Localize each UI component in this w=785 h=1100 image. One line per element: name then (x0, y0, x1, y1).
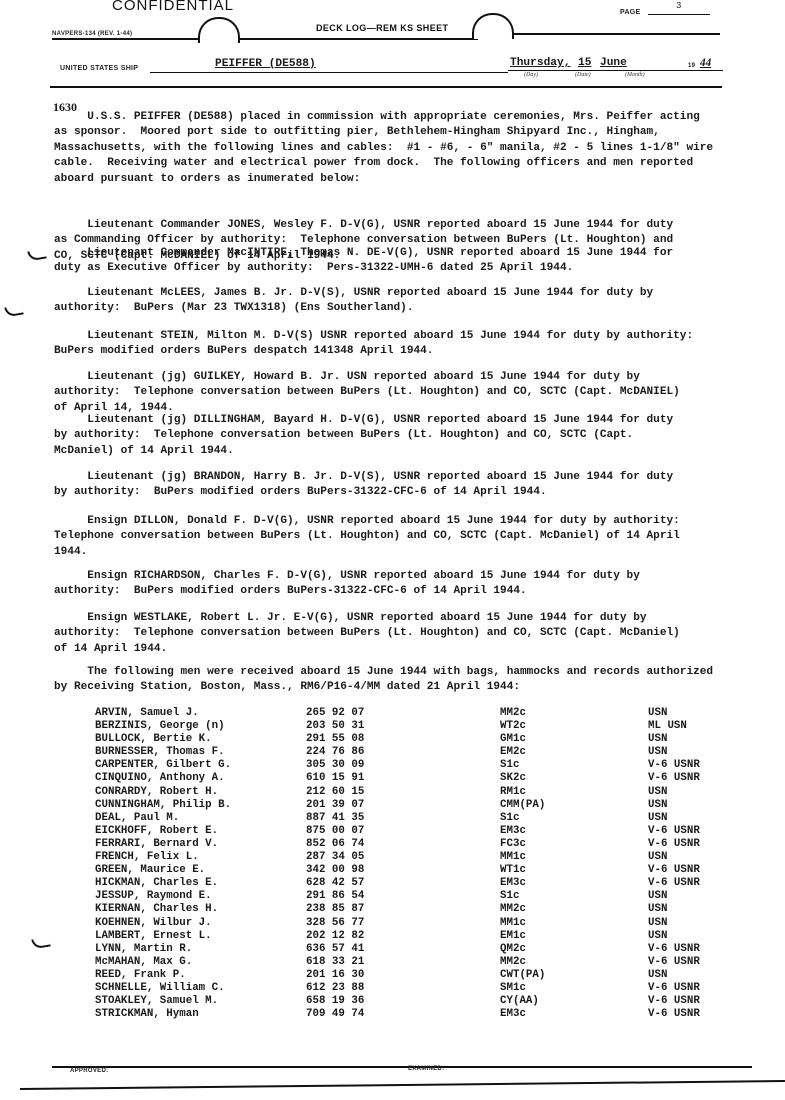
crew-name: DEAL, Paul M. (95, 812, 179, 825)
crew-name: STRICKMAN, Hyman (95, 1008, 199, 1021)
sheet-title: DECK LOG—REM KS SHEET (316, 23, 448, 33)
service-class: V-6 USNR (648, 956, 700, 969)
log-line: by authority: Telephone conversation bet… (54, 428, 754, 443)
log-line: Lieutenant Commander JONES, Wesley F. D-… (54, 218, 754, 233)
rating: MM2c (500, 903, 526, 916)
approved-label: APPROVED: (70, 1068, 108, 1074)
service-number: 328 56 77 (306, 917, 364, 930)
service-number: 342 00 98 (306, 864, 364, 877)
crew-name: CONRARDY, Robert H. (95, 786, 218, 799)
log-line: Lieutenant (jg) GUILKEY, Howard B. Jr. U… (54, 370, 754, 385)
crew-name: BERZINIS, George (n) (95, 720, 225, 733)
day-caption: (Day) (524, 72, 538, 78)
rating: EM3c (500, 825, 526, 838)
day-value: Thursday, (510, 57, 570, 69)
service-class: V-6 USNR (648, 877, 700, 890)
log-line: Lieutenant (jg) BRANDON, Harry B. Jr. D-… (54, 470, 754, 485)
crew-name: SCHNELLE, William C. (95, 982, 225, 995)
service-number: 618 33 21 (306, 956, 364, 969)
month-caption: (Month) (625, 72, 645, 78)
page-number-line (648, 14, 710, 15)
service-class: USN (648, 930, 667, 943)
rating: EM3c (500, 1008, 526, 1021)
log-line: by authority: BuPers modified orders BuP… (54, 485, 754, 500)
crew-name: GREEN, Maurice E. (95, 864, 205, 877)
log-line: authority: Telephone conversation betwee… (54, 385, 754, 400)
rating: MM2c (500, 956, 526, 969)
service-number: 287 34 05 (306, 851, 364, 864)
service-class: V-6 USNR (648, 995, 700, 1008)
service-class: V-6 USNR (648, 982, 700, 995)
log-line: The following men were received aboard 1… (54, 665, 754, 680)
log-line: Ensign RICHARDSON, Charles F. D-V(G), US… (54, 569, 754, 584)
log-line: cable. Receiving water and electrical po… (54, 156, 754, 171)
rating: CMM(PA) (500, 799, 545, 812)
log-paragraph: Lieutenant (jg) GUILKEY, Howard B. Jr. U… (54, 370, 754, 416)
date-line (508, 70, 723, 71)
service-number: 636 57 41 (306, 943, 364, 956)
footer-rule-bottom (20, 1080, 785, 1090)
rating: S1c (500, 890, 519, 903)
crew-name: McMAHAN, Max G. (95, 956, 192, 969)
service-class: V-6 USNR (648, 864, 700, 877)
margin-mark (31, 937, 50, 950)
service-class: USN (648, 851, 667, 864)
rating: FC3c (500, 838, 526, 851)
service-class: USN (648, 969, 667, 982)
log-paragraph: Ensign RICHARDSON, Charles F. D-V(G), US… (54, 569, 754, 600)
month-value: June (600, 57, 627, 69)
service-number: 610 15 91 (306, 772, 364, 785)
service-number: 612 23 88 (306, 982, 364, 995)
log-line: BuPers modified orders BuPers despatch 1… (54, 344, 754, 359)
form-number: NAVPERS-134 (REV. 1-44) (52, 31, 132, 37)
log-line: U.S.S. PEIFFER (DE588) placed in commiss… (54, 110, 754, 125)
service-number: 212 60 15 (306, 786, 364, 799)
crew-name: BURNESSER, Thomas F. (95, 746, 225, 759)
rating: RM1c (500, 786, 526, 799)
log-line: 1944. (54, 545, 754, 560)
rating: CY(AA) (500, 995, 539, 1008)
log-paragraph: Lieutenant (jg) DILLINGHAM, Bayard H. D-… (54, 413, 754, 459)
service-number: 305 30 09 (306, 759, 364, 772)
crew-name: JESSUP, Raymond E. (95, 890, 212, 903)
rating: QM2c (500, 943, 526, 956)
service-number: 265 92 07 (306, 707, 364, 720)
log-paragraph: Lieutenant McLEES, James B. Jr. D-V(S), … (54, 286, 754, 317)
service-number: 201 39 07 (306, 799, 364, 812)
service-number: 201 16 30 (306, 969, 364, 982)
log-line: duty as Executive Officer by authority: … (54, 261, 754, 276)
crew-name: KIERNAN, Charles H. (95, 903, 218, 916)
service-number: 658 19 36 (306, 995, 364, 1008)
crew-name: REED, Frank P. (95, 969, 186, 982)
rating: MM1c (500, 851, 526, 864)
rating: WT1c (500, 864, 526, 877)
service-class: USN (648, 733, 667, 746)
service-class: USN (648, 799, 667, 812)
log-paragraph: The following men were received aboard 1… (54, 665, 754, 696)
service-number: 852 06 74 (306, 838, 364, 851)
log-line: Ensign DILLON, Donald F. D-V(G), USNR re… (54, 514, 754, 529)
rating: SK2c (500, 772, 526, 785)
margin-mark (27, 249, 46, 262)
service-number: 203 50 31 (306, 720, 364, 733)
header-rule-mid (226, 38, 478, 40)
crew-name: FERRARI, Bernard V. (95, 838, 218, 851)
log-paragraph: Ensign WESTLAKE, Robert L. Jr. E-V(G), U… (54, 611, 754, 657)
year-prefix: 19 (688, 63, 695, 69)
service-class: V-6 USNR (648, 838, 700, 851)
log-line: Ensign WESTLAKE, Robert L. Jr. E-V(G), U… (54, 611, 754, 626)
service-class: USN (648, 903, 667, 916)
service-class: USN (648, 890, 667, 903)
ship-label: UNITED STATES SHIP (60, 65, 138, 72)
crew-name: FRENCH, Felix L. (95, 851, 199, 864)
crew-name: EICKHOFF, Robert E. (95, 825, 218, 838)
crew-name: ARVIN, Samuel J. (95, 707, 199, 720)
log-line: as sponsor. Moored port side to outfitti… (54, 125, 754, 140)
service-class: V-6 USNR (648, 1008, 700, 1021)
rating: MM1c (500, 917, 526, 930)
service-number: 628 42 57 (306, 877, 364, 890)
service-class: USN (648, 707, 667, 720)
service-class: V-6 USNR (648, 759, 700, 772)
crew-name: KOEHNEN, Wilbur J. (95, 917, 212, 930)
binder-hole-right (472, 13, 514, 39)
service-class: V-6 USNR (648, 825, 700, 838)
service-number: 291 86 54 (306, 890, 364, 903)
service-number: 291 55 08 (306, 733, 364, 746)
rating: S1c (500, 812, 519, 825)
crew-name: HICKMAN, Charles E. (95, 877, 218, 890)
ship-name: PEIFFER (DE588) (215, 58, 316, 70)
log-line: Massachusetts, with the following lines … (54, 141, 754, 156)
rating: S1c (500, 759, 519, 772)
log-line: by Receiving Station, Boston, Mass., RM6… (54, 680, 754, 695)
ship-name-line (150, 72, 508, 73)
log-paragraph: Lieutenant Commander MacINTIRE, Thomas N… (54, 246, 754, 277)
rating: SM1c (500, 982, 526, 995)
page-number: 3 (676, 1, 681, 11)
service-class: USN (648, 812, 667, 825)
crew-name: STOAKLEY, Samuel M. (95, 995, 218, 1008)
log-line: Lieutenant STEIN, Milton M. D-V(S) USNR … (54, 329, 754, 344)
service-class: ML USN (648, 720, 687, 733)
header-rule-left (52, 38, 202, 40)
service-number: 709 49 74 (306, 1008, 364, 1021)
service-number: 875 00 07 (306, 825, 364, 838)
service-class: USN (648, 786, 667, 799)
binder-hole-left (198, 17, 240, 43)
log-paragraph: Ensign DILLON, Donald F. D-V(G), USNR re… (54, 514, 754, 560)
log-line: Lieutenant McLEES, James B. Jr. D-V(S), … (54, 286, 754, 301)
service-number: 224 76 86 (306, 746, 364, 759)
crew-name: CUNNINGHAM, Philip B. (95, 799, 231, 812)
log-line: authority: BuPers (Mar 23 TWX1318) (Ens … (54, 301, 754, 316)
crew-name: BULLOCK, Bertie K. (95, 733, 212, 746)
crew-name: LAMBERT, Ernest L. (95, 930, 212, 943)
log-line: authority: Telephone conversation betwee… (54, 626, 754, 641)
page-label: PAGE (620, 9, 641, 16)
classification-stamp: CONFIDENTIAL (112, 0, 234, 14)
log-line: aboard pursuant to orders as inumerated … (54, 172, 754, 187)
footer-rule-top (52, 1066, 752, 1068)
year-suffix: 44 (700, 57, 711, 69)
rating: EM1c (500, 930, 526, 943)
date-value: 15 (578, 57, 591, 69)
log-line: authority: BuPers modified orders BuPers… (54, 584, 754, 599)
log-line: Lieutenant Commander MacINTIRE, Thomas N… (54, 246, 754, 261)
date-caption: (Date) (575, 72, 591, 78)
service-number: 887 41 35 (306, 812, 364, 825)
rating: GM1c (500, 733, 526, 746)
examined-label: EXAMINED: (408, 1066, 444, 1072)
log-paragraph: Lieutenant (jg) BRANDON, Harry B. Jr. D-… (54, 470, 754, 501)
crew-name: CARPENTER, Gilbert G. (95, 759, 231, 772)
service-class: USN (648, 746, 667, 759)
rating: CWT(PA) (500, 969, 545, 982)
rating: WT2c (500, 720, 526, 733)
log-line: Telephone conversation between BuPers (L… (54, 529, 754, 544)
log-line: McDaniel) of 14 April 1944. (54, 444, 754, 459)
service-number: 238 85 87 (306, 903, 364, 916)
service-class: V-6 USNR (648, 943, 700, 956)
rating: EM2c (500, 746, 526, 759)
log-paragraph: Lieutenant STEIN, Milton M. D-V(S) USNR … (54, 329, 754, 360)
header-bottom-rule (50, 86, 722, 88)
crew-name: CINQUINO, Anthony A. (95, 772, 225, 785)
log-line: Lieutenant (jg) DILLINGHAM, Bayard H. D-… (54, 413, 754, 428)
header-rule-right (500, 33, 720, 35)
service-class: V-6 USNR (648, 772, 700, 785)
margin-mark (4, 305, 23, 318)
service-class: USN (648, 917, 667, 930)
log-paragraph: U.S.S. PEIFFER (DE588) placed in commiss… (54, 110, 754, 187)
crew-name: LYNN, Martin R. (95, 943, 192, 956)
rating: EM3c (500, 877, 526, 890)
log-line: of 14 April 1944. (54, 642, 754, 657)
rating: MM2c (500, 707, 526, 720)
service-number: 202 12 82 (306, 930, 364, 943)
